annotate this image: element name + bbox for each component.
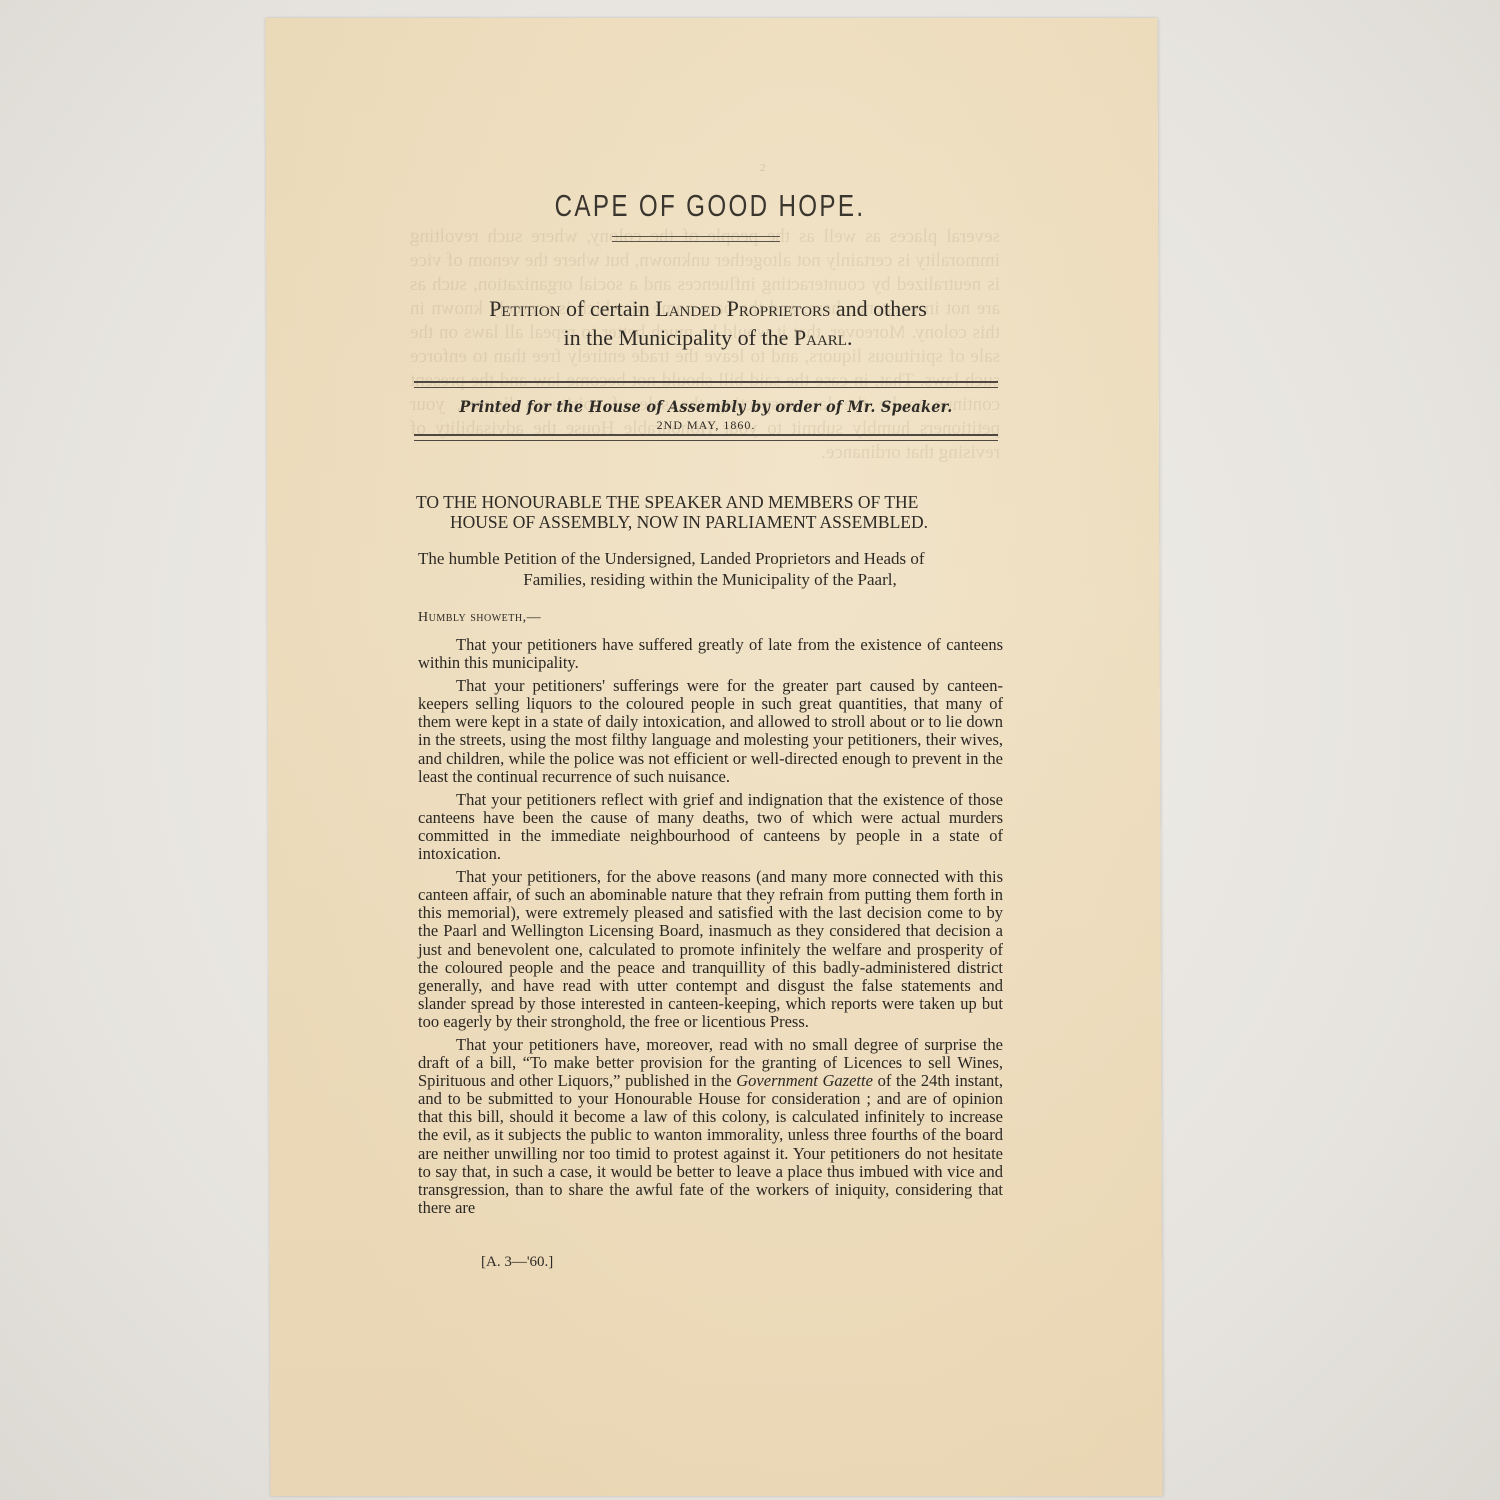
- petition-body: That your petitioners have suffered grea…: [418, 636, 1003, 1222]
- humble-line-2: Families, residing within the Municipali…: [418, 569, 1002, 590]
- header-rule-bottom: [414, 434, 998, 441]
- document-title: CAPE OF GOOD HOPE.: [476, 188, 944, 224]
- petition-heading-line2b: Paarl.: [794, 325, 853, 350]
- petition-heading-part3: Landed Proprietors: [655, 296, 830, 321]
- paragraph: That your petitioners, for the above rea…: [418, 868, 1003, 1031]
- petition-heading-part1: Petition: [489, 296, 560, 321]
- petition-heading-part2: of certain: [561, 296, 656, 321]
- address-line-2: HOUSE OF ASSEMBLY, NOW IN PARLIAMENT ASS…: [416, 512, 1004, 532]
- petition-heading-line2a: in the Municipality of the: [564, 325, 794, 350]
- gazette-title: Government Gazette: [736, 1071, 873, 1090]
- humble-line-1: The humble Petition of the Undersigned, …: [418, 549, 925, 568]
- humble-petition-intro: The humble Petition of the Undersigned, …: [418, 548, 1002, 590]
- document-reference: [A. 3—'60.]: [481, 1254, 553, 1271]
- petition-heading-part4: and others: [830, 296, 927, 321]
- ghost-page-number: 2: [760, 162, 766, 174]
- publication-date: 2ND MAY, 1860.: [414, 418, 998, 433]
- printed-by-line: Printed for the House of Assembly by ord…: [443, 397, 969, 416]
- petition-heading: Petition of certain Landed Proprietors a…: [408, 294, 1008, 352]
- paragraph: That your petitioners reflect with grief…: [418, 791, 1003, 863]
- paragraph: That your petitioners have suffered grea…: [418, 636, 1003, 672]
- paragraph: That your petitioners have, moreover, re…: [418, 1036, 1003, 1217]
- address-heading: TO THE HONOURABLE THE SPEAKER AND MEMBER…: [416, 492, 1004, 532]
- humbly-showeth: Humbly showeth,—: [418, 610, 541, 626]
- header-rule-top: [414, 381, 998, 388]
- title-divider: [612, 236, 780, 242]
- paragraph-5-text-b: of the 24th instant, and to be submitted…: [418, 1071, 1003, 1217]
- address-line-1: TO THE HONOURABLE THE SPEAKER AND MEMBER…: [416, 492, 1004, 512]
- paragraph: That your petitioners' sufferings were f…: [418, 677, 1003, 786]
